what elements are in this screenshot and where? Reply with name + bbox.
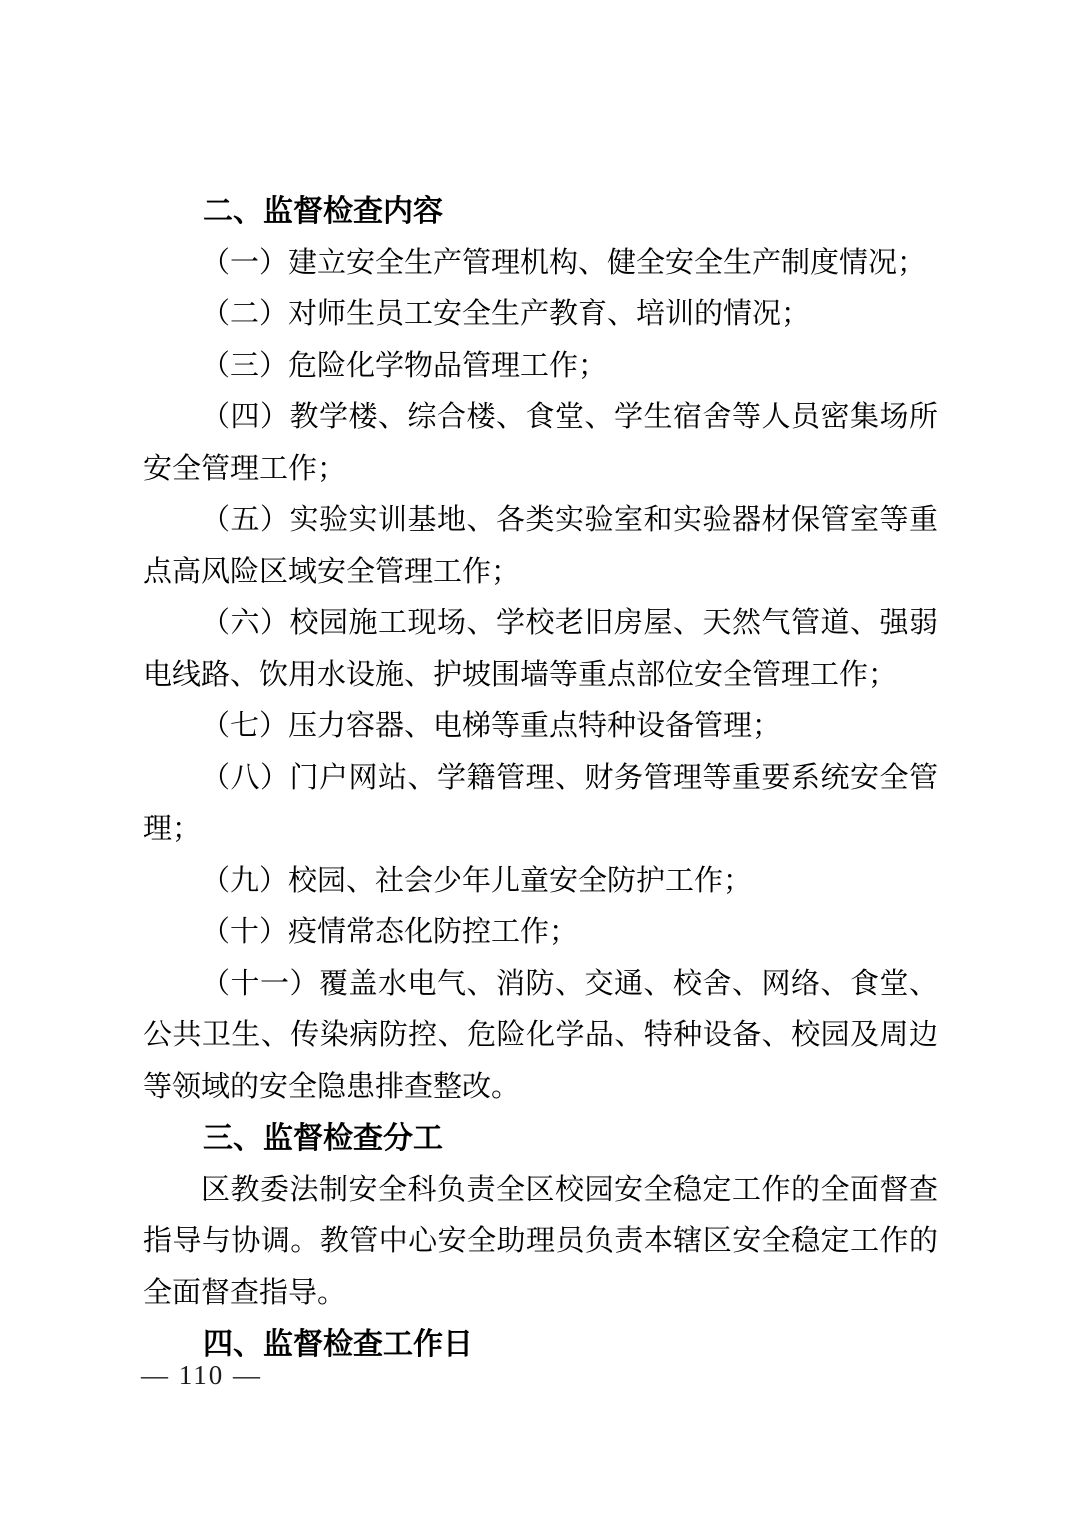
paragraph: （二）对师生员工安全生产教育、培训的情况；: [143, 289, 938, 341]
section-heading: 四、监督检查工作日: [143, 1319, 938, 1371]
paragraph: （十）疫情常态化防控工作；: [143, 907, 938, 959]
paragraph: （三）危险化学物品管理工作；: [143, 341, 938, 393]
document-body: 二、监督检查内容（一）建立安全生产管理机构、健全安全生产制度情况；（二）对师生员…: [143, 186, 938, 1371]
paragraph: （一）建立安全生产管理机构、健全安全生产制度情况；: [143, 238, 938, 290]
paragraph: （九）校园、社会少年儿童安全防护工作；: [143, 856, 938, 908]
page-number: — 110 —: [141, 1360, 262, 1391]
paragraph: （八）门户网站、学籍管理、财务管理等重要系统安全管理；: [143, 753, 938, 856]
paragraph: （七）压力容器、电梯等重点特种设备管理；: [143, 701, 938, 753]
paragraph: （六）校园施工现场、学校老旧房屋、天然气管道、强弱电线路、饮用水设施、护坡围墙等…: [143, 598, 938, 701]
section-heading: 二、监督检查内容: [143, 186, 938, 238]
paragraph: （四）教学楼、综合楼、食堂、学生宿舍等人员密集场所安全管理工作；: [143, 392, 938, 495]
paragraph: （十一）覆盖水电气、消防、交通、校舍、网络、食堂、公共卫生、传染病防控、危险化学…: [143, 959, 938, 1114]
paragraph: （五）实验实训基地、各类实验室和实验器材保管室等重点高风险区域安全管理工作；: [143, 495, 938, 598]
paragraph: 区教委法制安全科负责全区校园安全稳定工作的全面督查指导与协调。教管中心安全助理员…: [143, 1165, 938, 1320]
document-page: 二、监督检查内容（一）建立安全生产管理机构、健全安全生产制度情况；（二）对师生员…: [0, 0, 1074, 1520]
section-heading: 三、监督检查分工: [143, 1113, 938, 1165]
